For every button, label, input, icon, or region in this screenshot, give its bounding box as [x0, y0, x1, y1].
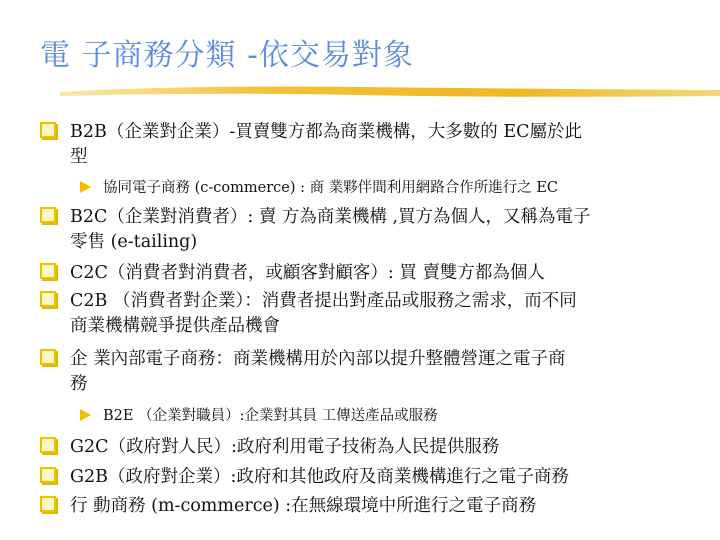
square-bullet-icon	[40, 437, 56, 453]
item-text: C2C（消費者對消費者，或顧客對顧客）: 買 賣雙方都為個人	[70, 263, 545, 283]
item-text-continued: 零售 (e-tailing)	[40, 230, 591, 255]
item-text: G2B（政府對企業）:政府和其他政府及商業機構進行之電子商務	[70, 467, 569, 487]
item-text-continued: 務	[40, 372, 566, 397]
sub-item-b2e: B2E （企業對職員）:企業對其員 工傳送產品或服務	[80, 405, 438, 427]
list-item-c2c: C2C（消費者對消費者，或顧客對顧客）: 買 賣雙方都為個人	[40, 261, 545, 286]
square-bullet-icon	[40, 467, 56, 483]
list-item-b2b: B2B（企業對企業）-買賣雙方都為商業機構，大多數的 EC屬於此 型	[40, 120, 582, 170]
item-text: G2C（政府對人民）:政府利用電子技術為人民提供服務	[70, 437, 499, 457]
list-item-b2c: B2C（企業對消費者）: 賣 方為商業機構 ,買方為個人，又稱為電子 零售 (e…	[40, 205, 591, 255]
square-bullet-icon	[40, 291, 56, 307]
item-text: C2B （消費者對企業）：消費者提出對產品或服務之需求，而不同	[70, 291, 577, 311]
item-text: B2B（企業對企業）-買賣雙方都為商業機構，大多數的 EC屬於此	[70, 122, 582, 142]
list-item-intrabusiness: 企 業內部電子商務：商業機構用於內部以提升整體營運之電子商 務	[40, 347, 566, 397]
list-item-g2b: G2B（政府對企業）:政府和其他政府及商業機構進行之電子商務	[40, 465, 569, 490]
item-text-continued: 型	[40, 145, 582, 170]
square-bullet-icon	[40, 207, 56, 223]
square-bullet-icon	[40, 349, 56, 365]
sub-item-c-commerce: 協同電子商務 (c-commerce) : 商 業夥伴間利用網路合作所進行之 E…	[80, 177, 558, 199]
yellow-brush-stroke-divider	[60, 82, 720, 100]
item-text-continued: 商業機構競爭提供產品機會	[40, 314, 577, 339]
sub-item-text: 協同電子商務 (c-commerce) : 商 業夥伴間利用網路合作所進行之 E…	[103, 180, 558, 196]
item-text: B2C（企業對消費者）: 賣 方為商業機構 ,買方為個人，又稱為電子	[70, 207, 591, 227]
square-bullet-icon	[40, 122, 56, 138]
arrow-bullet-icon	[80, 181, 91, 193]
square-bullet-icon	[40, 496, 56, 512]
arrow-bullet-icon	[80, 409, 91, 421]
square-bullet-icon	[40, 263, 56, 279]
slide-title: 電 子商務分類 -依交易對象	[40, 30, 414, 74]
list-item-g2c: G2C（政府對人民）:政府利用電子技術為人民提供服務	[40, 435, 499, 460]
sub-item-text: B2E （企業對職員）:企業對其員 工傳送產品或服務	[103, 408, 438, 424]
list-item-m-commerce: 行 動商務 (m-commerce) :在無線環境中所進行之電子商務	[40, 494, 536, 519]
item-text: 企 業內部電子商務：商業機構用於內部以提升整體營運之電子商	[70, 349, 566, 369]
list-item-c2b: C2B （消費者對企業）：消費者提出對產品或服務之需求，而不同 商業機構競爭提供…	[40, 289, 577, 339]
item-text: 行 動商務 (m-commerce) :在無線環境中所進行之電子商務	[70, 496, 536, 516]
